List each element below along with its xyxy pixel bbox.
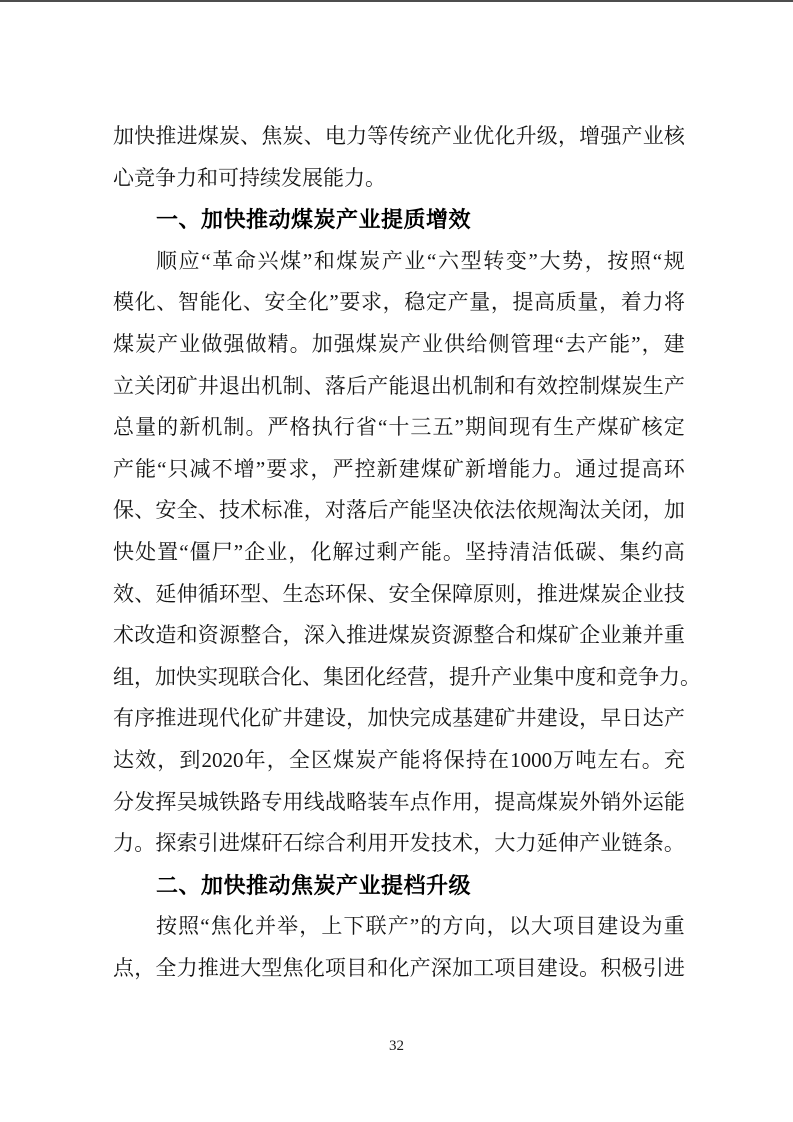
body-line: 组，加快实现联合化、集团化经营，提升产业集中度和竞争力。 [113,657,685,699]
body-line: 产能“只减不增”要求，严控新建煤矿新增能力。通过提高环 [113,449,685,491]
body-line: 立关闭矿井退出机制、落后产能退出机制和有效控制煤炭生产 [113,366,685,408]
section-heading-2: 二、加快推动焦炭产业提档升级 [113,865,685,907]
body-line: 点，全力推进大型焦化项目和化产深加工项目建设。积极引进 [113,948,685,990]
body-line: 加快推进煤炭、焦炭、电力等传统产业优化升级，增强产业核 [113,116,685,158]
document-body: 加快推进煤炭、焦炭、电力等传统产业优化升级，增强产业核 心竞争力和可持续发展能力… [113,116,685,989]
section-heading-1: 一、加快推动煤炭产业提质增效 [113,199,685,241]
body-line: 快处置“僵尸”企业，化解过剩产能。坚持清洁低碳、集约高 [113,532,685,574]
scan-edge [0,0,793,2]
body-line: 术改造和资源整合，深入推进煤炭资源整合和煤矿企业兼并重 [113,615,685,657]
body-line: 保、安全、技术标准，对落后产能坚决依法依规淘汰关闭，加 [113,490,685,532]
body-line: 心竞争力和可持续发展能力。 [113,158,685,200]
body-line: 总量的新机制。严格执行省“十三五”期间现有生产煤矿核定 [113,407,685,449]
body-line: 按照“焦化并举，上下联产”的方向，以大项目建设为重 [113,906,685,948]
body-line: 达效，到 2020 年，全区煤炭产能将保持在 1000 万吨左右。充 [113,740,685,782]
body-line: 模化、智能化、安全化”要求，稳定产量，提高质量，着力将 [113,282,685,324]
body-line: 分发挥吴城铁路专用线战略装车点作用，提高煤炭外销外运能 [113,782,685,824]
body-line: 顺应“革命兴煤”和煤炭产业“六型转变”大势，按照“规 [113,241,685,283]
body-line: 力。探索引进煤矸石综合利用开发技术，大力延伸产业链条。 [113,823,685,865]
body-line: 煤炭产业做强做精。加强煤炭产业供给侧管理“去产能”，建 [113,324,685,366]
body-line: 有序推进现代化矿井建设，加快完成基建矿井建设，早日达产 [113,698,685,740]
body-line: 效、延伸循环型、生态环保、安全保障原则，推进煤炭企业技 [113,574,685,616]
page-number: 32 [0,1038,793,1055]
document-page: 加快推进煤炭、焦炭、电力等传统产业优化升级，增强产业核 心竞争力和可持续发展能力… [0,0,793,1122]
